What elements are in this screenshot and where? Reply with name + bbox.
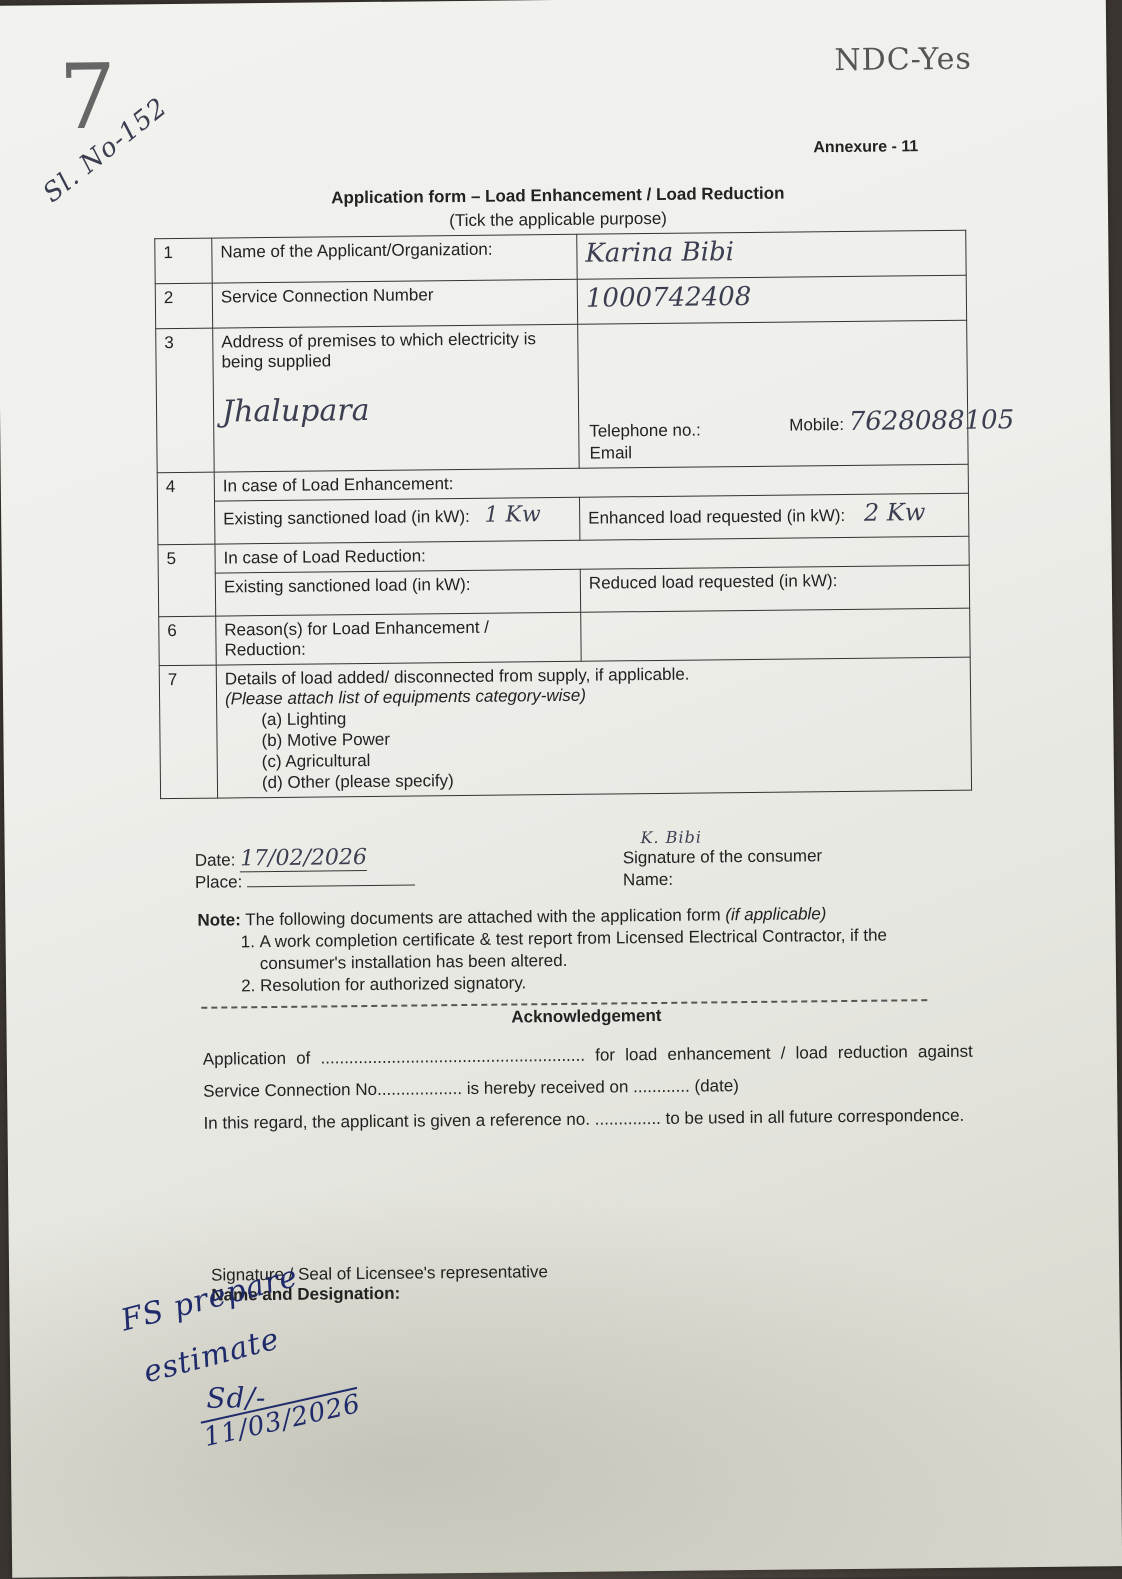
place-label: Place: [195, 872, 242, 891]
name-label: Name: [623, 867, 823, 891]
enhanced-load-value: 2 Kw [864, 498, 926, 527]
form-subtitle: (Tick the applicable purpose) [198, 206, 918, 234]
note-block: Note: The following documents are attach… [197, 902, 978, 998]
existing-load-reduction-field[interactable]: Existing sanctioned load (in kW): [215, 569, 580, 616]
field-label: Enhanced load requested (in kW): [588, 506, 845, 528]
telephone-label: Telephone no.: [589, 420, 701, 441]
signature-label: Signature of the consumer [623, 845, 823, 869]
field-label: Existing sanctioned load (in kW): [224, 575, 471, 597]
form-row-reason: 6 Reason(s) for Load Enhancement / Reduc… [159, 608, 970, 665]
note-qualifier: (if applicable) [725, 904, 826, 924]
document-page: 7 Sl. No-152 NDC-Yes Annexure - 11 Appli… [0, 0, 1122, 1578]
field-label: Address of premises to which electricity… [221, 329, 569, 373]
existing-load-value: 1 Kw [484, 502, 541, 528]
form-row-load-details: 7 Details of load added/ disconnected fr… [159, 657, 971, 798]
row-number: 7 [159, 665, 217, 799]
form-title: Application form – Load Enhancement / Lo… [198, 182, 918, 210]
field-label: Reason(s) for Load Enhancement / Reducti… [216, 612, 581, 665]
date-place-block: Date: 17/02/2026 Place: [195, 847, 415, 894]
load-details-field[interactable]: Details of load added/ disconnected from… [216, 657, 971, 798]
mobile-label: Mobile: [789, 415, 844, 435]
acknowledgement-paragraph: Application of .........................… [203, 1036, 974, 1108]
applicant-name-value: Karina Bibi [585, 237, 734, 269]
mobile-value: 7628088105 [849, 405, 1015, 437]
acknowledgement-body: Application of .........................… [203, 1036, 974, 1140]
address-field[interactable]: Address of premises to which electricity… [213, 324, 579, 472]
form-row-address: 3 Address of premises to which electrici… [156, 320, 968, 472]
row-number: 2 [155, 283, 212, 329]
field-label: Existing sanctioned load (in kW): [223, 507, 470, 529]
existing-load-enhancement-field[interactable]: Existing sanctioned load (in kW): 1 Kw [214, 497, 579, 544]
category-list: (a) Lighting (b) Motive Power (c) Agricu… [225, 702, 963, 794]
consumer-signature-block: K. Bibi Signature of the consumer Name: [622, 825, 822, 891]
application-form-table: 1 Name of the Applicant/Organization: Ka… [154, 230, 972, 799]
date-field[interactable]: Date: 17/02/2026 [195, 847, 415, 872]
reason-field[interactable] [581, 608, 970, 661]
row-number: 6 [159, 616, 217, 666]
annexure-label: Annexure - 11 [813, 138, 918, 157]
address-value: Jhalupara [222, 391, 570, 430]
field-label: Service Connection Number [212, 279, 577, 328]
field-label: Name of the Applicant/Organization: [212, 234, 577, 283]
row-number: 1 [155, 238, 212, 284]
service-connection-value: 1000742408 [586, 282, 752, 314]
email-label: Email [589, 443, 632, 463]
handwritten-endorsement-line2: estimate [140, 1321, 283, 1390]
note-lead: Note: [197, 910, 241, 929]
contact-field[interactable]: Telephone no.: Email Mobile: 7628088105 [578, 320, 968, 468]
attachment-list: A work completion certificate & test rep… [198, 924, 979, 998]
row-number: 5 [158, 544, 216, 617]
applicant-name-field[interactable]: Karina Bibi [577, 230, 966, 279]
acknowledgement-paragraph: In this regard, the applicant is given a… [203, 1100, 973, 1140]
date-value: 17/02/2026 [240, 845, 367, 872]
service-connection-field[interactable]: 1000742408 [577, 275, 966, 324]
note-text: The following documents are attached wit… [245, 905, 721, 929]
field-label: Reduced load requested (in kW): [589, 571, 838, 593]
row-number: 3 [156, 328, 215, 473]
row-number: 4 [157, 472, 215, 545]
place-blank [247, 885, 415, 888]
handwritten-ndc: NDC-Yes [834, 42, 972, 78]
mobile-field[interactable]: Mobile: 7628088105 [789, 405, 1014, 437]
enhanced-load-field[interactable]: Enhanced load requested (in kW): 2 Kw [579, 493, 968, 540]
place-field[interactable]: Place: [195, 870, 415, 894]
date-label: Date: [195, 850, 236, 869]
attachment-item: A work completion certificate & test rep… [260, 924, 978, 976]
reduced-load-field[interactable]: Reduced load requested (in kW): [580, 565, 969, 612]
